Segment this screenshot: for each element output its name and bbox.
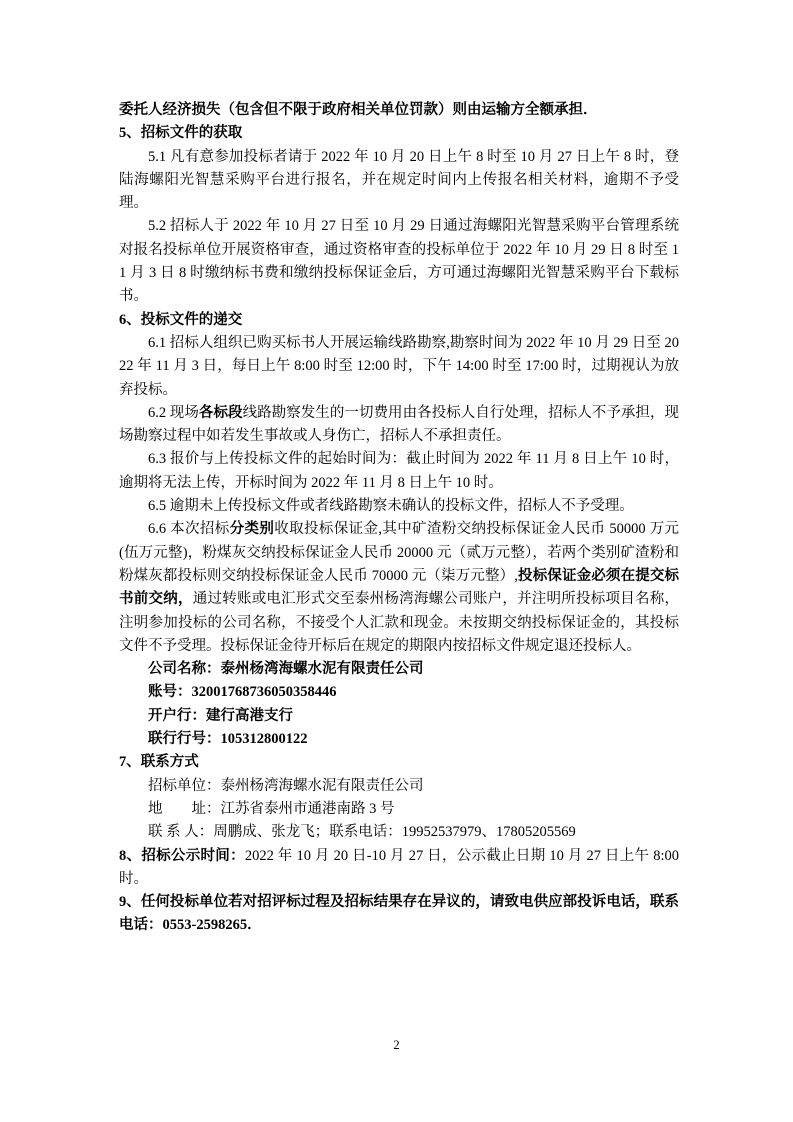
clause-8-publicity-time: 8、招标公示时间：2022 年 10 月 20 日-10 月 27 日，公示截止… (119, 845, 679, 892)
clause-5-2: 5.2 招标人于 2022 年 10 月 27 日至 10 月 29 日通过海螺… (119, 215, 679, 308)
company-name-line: 公司名称：泰州杨湾海螺水泥有限责任公司 (119, 658, 679, 681)
section-7-heading: 7、联系方式 (119, 751, 679, 774)
text-run: 开户行：建行高港支行 (148, 708, 293, 724)
text-run: 公司名称：泰州杨湾海螺水泥有限责任公司 (148, 661, 424, 677)
text-run: 地 址：江苏省泰州市通港南路 3 号 (148, 801, 395, 817)
section-6-heading: 6、投标文件的递交 (119, 309, 679, 332)
tender-unit-line: 招标单位：泰州杨湾海螺水泥有限责任公司 (119, 775, 679, 798)
clause-6-2: 6.2 现场各标段线路勘察发生的一切费用由各投标人自行处理，招标人不予承担，现场… (119, 402, 679, 449)
text-run: 委托人经济损失（包含但不限于政府相关单位罚款）则由运输方全额承担． (119, 102, 598, 118)
address-line: 地 址：江苏省泰州市通港南路 3 号 (119, 798, 679, 821)
text-run: 6.1 招标人组织已购买标书人开展运输线路勘察,勘察时间为 2022 年 10 … (119, 335, 679, 398)
clause-6-6: 6.6 本次招标分类别收取投标保证金,其中矿渣粉交纳投标保证金人民币 50000… (119, 518, 679, 658)
text-run: 5.2 招标人于 2022 年 10 月 27 日至 10 月 29 日通过海螺… (119, 218, 679, 304)
text-run: 联行行号：105312800122 (148, 731, 308, 747)
text-run: 8、招标公示时间： (119, 848, 245, 864)
clause-5-1: 5.1 凡有意参加投标者请于 2022 年 10 月 20 日上午 8 时至 1… (119, 146, 679, 216)
carryover-clause: 委托人经济损失（包含但不限于政府相关单位罚款）则由运输方全额承担． (119, 99, 679, 122)
text-run: 6.6 本次招标 (148, 521, 230, 537)
clause-6-3: 6.3 报价与上传投标文件的起始时间为：截止时间为 2022 年 11 月 8 … (119, 448, 679, 495)
document-page: 委托人经济损失（包含但不限于政府相关单位罚款）则由运输方全额承担．5、招标文件的… (0, 0, 793, 1122)
text-run: 招标单位：泰州杨湾海螺水泥有限责任公司 (148, 778, 424, 794)
text-run: 联 系 人：周鹏成、张龙飞；联系电话：19952537979、178052055… (148, 824, 576, 840)
text-run: 分类别 (230, 521, 275, 537)
clause-9-complaint: 9、任何投标单位若对招评标过程及招标结果存在异议的，请致电供应部投诉电话，联系电… (119, 891, 679, 938)
text-run: 6、投标文件的递交 (119, 312, 242, 328)
text-run: 7、联系方式 (119, 754, 199, 770)
document-body: 委托人经济损失（包含但不限于政府相关单位罚款）则由运输方全额承担．5、招标文件的… (119, 99, 679, 938)
text-run: 6.5 逾期未上传投标文件或者线路勘察未确认的投标文件，招标人不予受理。 (148, 498, 634, 514)
clause-6-1: 6.1 招标人组织已购买标书人开展运输线路勘察,勘察时间为 2022 年 10 … (119, 332, 679, 402)
clause-6-5: 6.5 逾期未上传投标文件或者线路勘察未确认的投标文件，招标人不予受理。 (119, 495, 679, 518)
text-run: 6.2 现场 (148, 405, 199, 421)
bank-code-line: 联行行号：105312800122 (119, 728, 679, 751)
text-run: 各标段 (199, 405, 243, 421)
text-run: 9、任何投标单位若对招评标过程及招标结果存在异议的，请致电供应部投诉电话，联系电… (119, 894, 679, 933)
text-run: 通过转账或电汇形式交至泰州杨湾海螺公司账户，并注明所投标项目名称，注明参加投标的… (119, 591, 679, 654)
page-number: 2 (0, 1037, 793, 1053)
section-5-heading: 5、招标文件的获取 (119, 122, 679, 145)
bank-branch-line: 开户行：建行高港支行 (119, 705, 679, 728)
text-run: 5、招标文件的获取 (119, 125, 242, 141)
contacts-line: 联 系 人：周鹏成、张龙飞；联系电话：19952537979、178052055… (119, 821, 679, 844)
text-run: 5.1 凡有意参加投标者请于 2022 年 10 月 20 日上午 8 时至 1… (119, 149, 679, 212)
text-run: 6.3 报价与上传投标文件的起始时间为：截止时间为 2022 年 11 月 8 … (119, 451, 679, 490)
account-number-line: 账号：32001768736050358446 (119, 681, 679, 704)
text-run: 账号：32001768736050358446 (148, 684, 337, 700)
